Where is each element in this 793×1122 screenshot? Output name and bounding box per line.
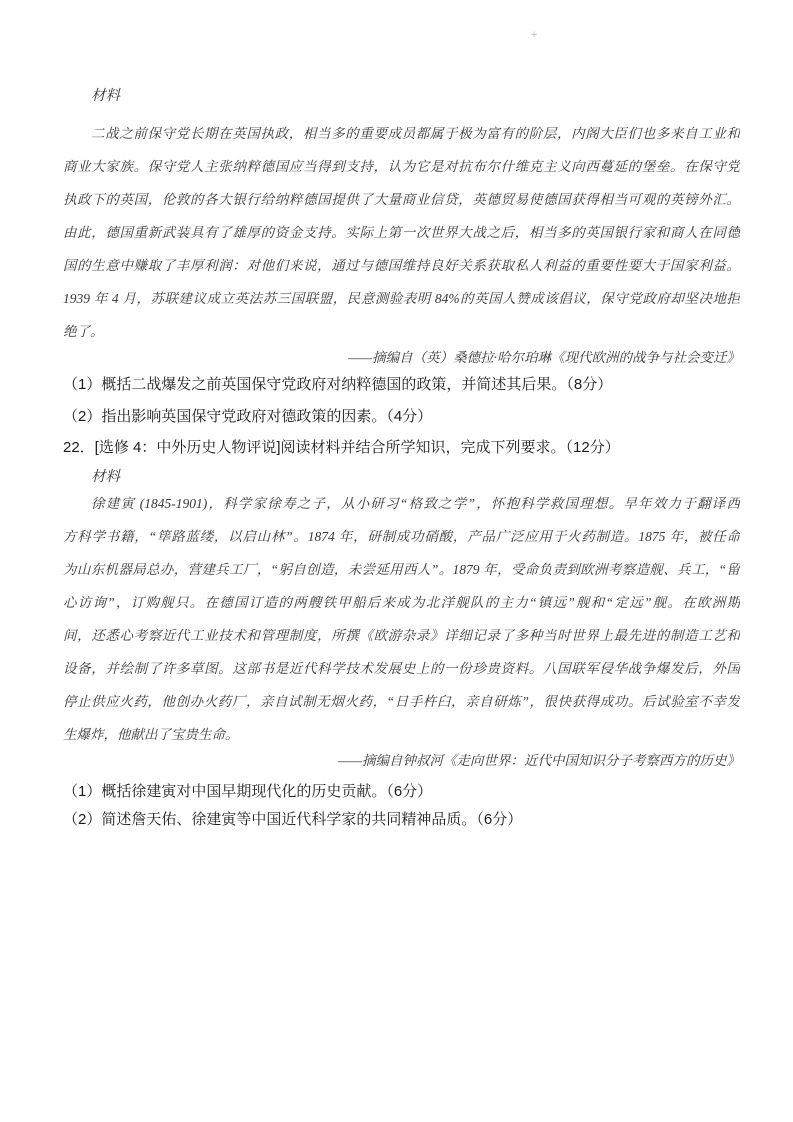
material-line: 执政下的英国，伦敦的各大银行给纳粹德国提供了大量商业信贷，英德贸易使德国获得相当… — [63, 183, 740, 216]
material-line: 二战之前保守党长期在英国执政，相当多的重要成员都属于极为富有的阶层，内阁大臣们也… — [63, 117, 740, 150]
stray-mark: + — [528, 28, 540, 42]
material-line: 停止供应火药，他创办火药厂，亲自试制无烟火药，“日手杵臼，亲自研炼”，很快获得成… — [63, 685, 740, 718]
material-line: 间，还悉心考察近代工业技术和管理制度，所撰《欧游杂录》详细记录了多种当时世界上最… — [63, 619, 740, 652]
q21-subquestion-1: （1）概括二战爆发之前英国保守党政府对纳粹德国的政策，并简述其后果。（8分） — [63, 368, 740, 401]
material-line: 徐建寅 (1845-1901)，科学家徐寿之子，从小研习“格致之学”，怀抱科学救… — [63, 487, 740, 520]
material-line: 由此，德国重新武装具有了雄厚的资金支持。实际上第一次世界大战之后，相当多的英国银… — [63, 216, 740, 249]
material-line: 商业大家族。保守党人主张纳粹德国应当得到支持，认为它是对抗布尔什维克主义向西蔓延… — [63, 150, 740, 183]
attribution-q22: ——摘编自钟叔河《走向世界：近代中国知识分子考察西方的历史》 — [63, 744, 740, 777]
material-line: 1939 年 4 月，苏联建议成立英法苏三国联盟，民意测验表明 84%的英国人赞… — [63, 282, 740, 315]
material-line: 方科学书籍，“筚路蓝缕，以启山林”。1874 年，研制成功硝酸，产品广泛应用于火… — [63, 520, 740, 553]
material-line: 设备，并绘制了许多草图。这部书是近代科学技术发展史上的一份珍贵资料。八国联军侵华… — [63, 652, 740, 685]
material-line: 国的生意中赚取了丰厚利润：对他们来说，通过与德国维持良好关系获取私人利益的重要性… — [63, 249, 740, 282]
material-label-q21: 材料 — [63, 80, 768, 113]
q22-header: 22．[选修 4：中外历史人物评说]阅读材料并结合所学知识，完成下列要求。（12… — [63, 431, 740, 464]
material-line: 为山东机器局总办，营建兵工厂，“躬自创造，未尝延用西人”。1879 年，受命负责… — [63, 553, 740, 586]
material-line: 心访询”，订购舰只。在德国订造的两艘铁甲船后来成为北洋舰队的主力“镇远”舰和“定… — [63, 586, 740, 619]
exam-document-page: + 材料 二战之前保守党长期在英国执政，相当多的重要成员都属于极为富有的阶层，内… — [0, 0, 793, 1122]
q21-subquestion-2: （2）指出影响英国保守党政府对德政策的因素。（4分） — [63, 400, 740, 433]
material-paragraph-q21: 二战之前保守党长期在英国执政，相当多的重要成员都属于极为富有的阶层，内阁大臣们也… — [63, 117, 740, 348]
material-paragraph-q22: 徐建寅 (1845-1901)，科学家徐寿之子，从小研习“格致之学”，怀抱科学救… — [63, 487, 740, 751]
q22-subquestion-2: （2）简述詹天佑、徐建寅等中国近代科学家的共同精神品质。（6分） — [63, 803, 740, 836]
